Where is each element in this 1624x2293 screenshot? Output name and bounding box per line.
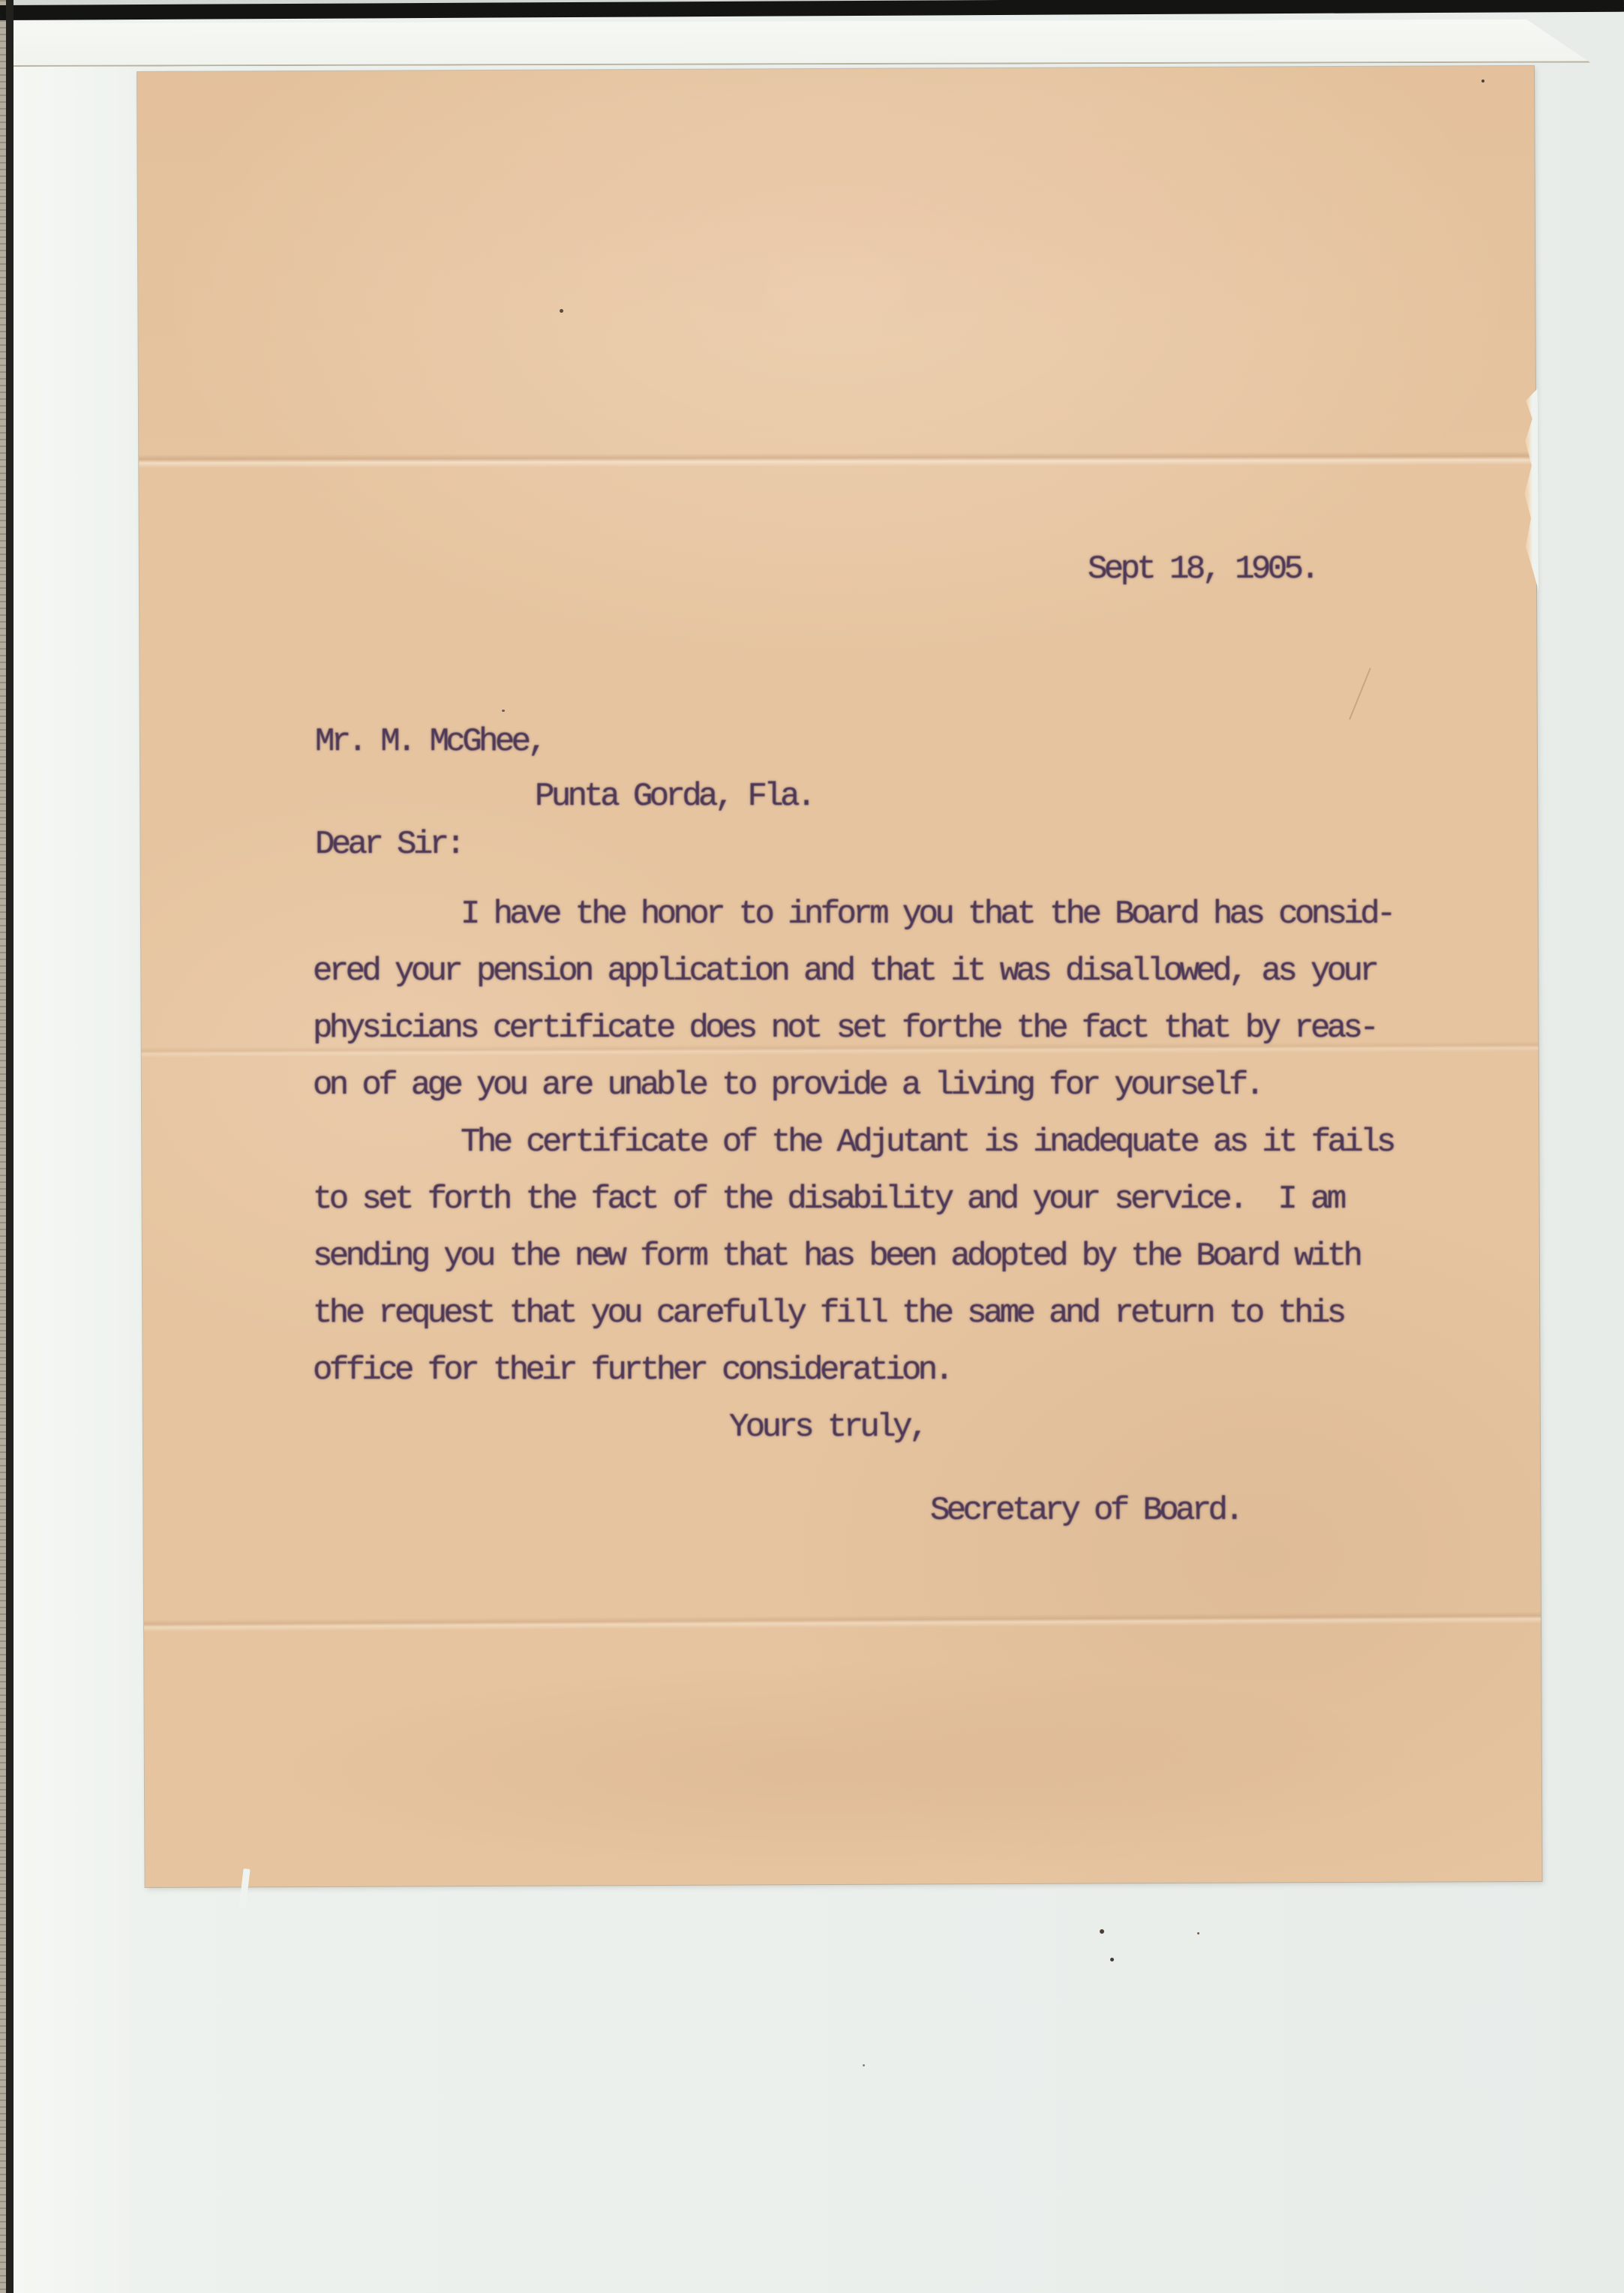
ink-speck xyxy=(502,710,505,712)
salutation: Dear Sir: xyxy=(315,828,462,861)
paragraph2-line: sending you the new form that has been a… xyxy=(313,1240,1359,1273)
paragraph1-line: on of age you are unable to provide a li… xyxy=(313,1069,1262,1102)
ink-speck xyxy=(1100,1929,1104,1934)
closing-line: Yours truly, xyxy=(729,1411,926,1444)
ink-speck xyxy=(1110,1958,1114,1961)
paragraph1-line: I have the honor to inform you that the … xyxy=(461,898,1393,931)
ink-speck xyxy=(560,309,563,313)
paragraph2-line: the request that you carefully fill the … xyxy=(313,1297,1343,1330)
date-line: Sept 18, 1905. xyxy=(1088,553,1316,586)
paragraph2-line: The certificate of the Adjutant is inade… xyxy=(461,1126,1393,1159)
recipient-address: Punta Gorda, Fla. xyxy=(535,780,813,813)
recipient-name: Mr. M. McGhee, xyxy=(315,725,544,758)
paragraph2-line: to set forth the fact of the disability … xyxy=(313,1183,1343,1216)
signature-line: Secretary of Board. xyxy=(930,1494,1241,1527)
paragraph1-line: physicians certificate does not set fort… xyxy=(313,1012,1376,1045)
scanned-letter-page: Sept 18, 1905. Mr. M. McGhee, Punta Gord… xyxy=(0,0,1624,2293)
paragraph2-line: office for their further consideration. xyxy=(313,1354,950,1387)
paragraph1-line: ered your pension application and that i… xyxy=(313,955,1376,988)
typewritten-text-layer: Sept 18, 1905. Mr. M. McGhee, Punta Gord… xyxy=(0,0,1624,2293)
ink-speck xyxy=(1481,80,1484,83)
ink-speck xyxy=(863,2064,865,2066)
ink-speck xyxy=(1197,1932,1199,1934)
